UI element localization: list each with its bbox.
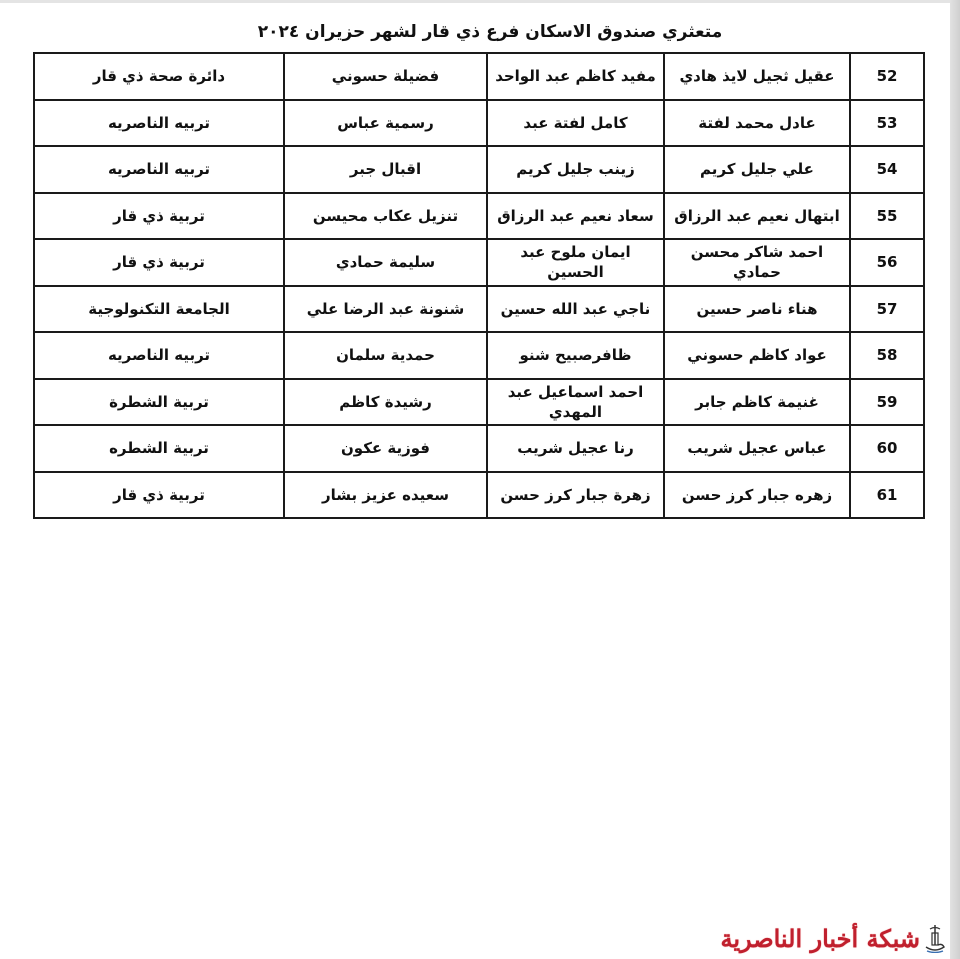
page-top-edge xyxy=(0,0,950,3)
table-row: 61زهره جبار كرز حسنزهرة جبار كرز حسنسعيد… xyxy=(34,472,924,519)
cell-borrower-name: غنيمة كاظم جابر xyxy=(664,379,850,426)
cell-department: تربية الشطره xyxy=(34,425,284,472)
cell-second-guarantor-name: سليمة حمادي xyxy=(284,239,487,286)
cell-number: 57 xyxy=(850,286,924,333)
page-right-edge xyxy=(950,0,960,959)
cell-department: تربيه الناصريه xyxy=(34,146,284,193)
cell-second-guarantor-name: فضيلة حسوني xyxy=(284,53,487,100)
cell-guarantor-name: ناجي عبد الله حسين xyxy=(487,286,664,333)
cell-borrower-name: هناء ناصر حسين xyxy=(664,286,850,333)
document-title: متعثري صندوق الاسكان فرع ذي قار لشهر حزي… xyxy=(0,22,960,42)
cell-second-guarantor-name: فوزية عكون xyxy=(284,425,487,472)
watermark-text: شبكة أخبار الناصرية xyxy=(720,924,920,953)
cell-guarantor-name: رنا عجيل شريب xyxy=(487,425,664,472)
table-row: 56احمد شاكر محسن حماديايمان ملوح عبد الح… xyxy=(34,239,924,286)
table-body: 52عقيل ثجيل لايذ هاديمفيد كاظم عبد الواح… xyxy=(34,53,924,518)
cell-second-guarantor-name: سعيده عزيز بشار xyxy=(284,472,487,519)
cell-department: الجامعة التكنولوجية xyxy=(34,286,284,333)
cell-guarantor-name: كامل لفتة عبد xyxy=(487,100,664,147)
cell-borrower-name: عواد كاظم حسوني xyxy=(664,332,850,379)
cell-number: 54 xyxy=(850,146,924,193)
cell-second-guarantor-name: حمدية سلمان xyxy=(284,332,487,379)
cell-guarantor-name: مفيد كاظم عبد الواحد xyxy=(487,53,664,100)
table-row: 53عادل محمد لفتةكامل لفتة عبدرسمية عباست… xyxy=(34,100,924,147)
cell-number: 56 xyxy=(850,239,924,286)
cell-department: تربيه الناصريه xyxy=(34,332,284,379)
cell-second-guarantor-name: رسمية عباس xyxy=(284,100,487,147)
cell-second-guarantor-name: اقبال جبر xyxy=(284,146,487,193)
table-row: 58عواد كاظم حسونيظافرصبيح شنوحمدية سلمان… xyxy=(34,332,924,379)
cell-department: تربية ذي قار xyxy=(34,193,284,240)
cell-borrower-name: زهره جبار كرز حسن xyxy=(664,472,850,519)
cell-guarantor-name: ايمان ملوح عبد الحسين xyxy=(487,239,664,286)
cell-number: 60 xyxy=(850,425,924,472)
table-row: 55ابتهال نعيم عبد الرزاقسعاد نعيم عبد ال… xyxy=(34,193,924,240)
cell-number: 59 xyxy=(850,379,924,426)
cell-borrower-name: عباس عجيل شريب xyxy=(664,425,850,472)
cell-number: 52 xyxy=(850,53,924,100)
cell-number: 58 xyxy=(850,332,924,379)
cell-guarantor-name: احمد اسماعيل عبد المهدي xyxy=(487,379,664,426)
cell-number: 61 xyxy=(850,472,924,519)
table-row: 60عباس عجيل شريبرنا عجيل شريبفوزية عكونت… xyxy=(34,425,924,472)
cell-department: تربية ذي قار xyxy=(34,472,284,519)
cell-department: تربية الشطرة xyxy=(34,379,284,426)
cell-number: 55 xyxy=(850,193,924,240)
cell-second-guarantor-name: شنونة عبد الرضا علي xyxy=(284,286,487,333)
cell-guarantor-name: زينب جليل كريم xyxy=(487,146,664,193)
table-row: 54علي جليل كريمزينب جليل كريماقبال جبرتر… xyxy=(34,146,924,193)
cell-borrower-name: احمد شاكر محسن حمادي xyxy=(664,239,850,286)
cell-guarantor-name: سعاد نعيم عبد الرزاق xyxy=(487,193,664,240)
table-row: 52عقيل ثجيل لايذ هاديمفيد كاظم عبد الواح… xyxy=(34,53,924,100)
cell-guarantor-name: ظافرصبيح شنو xyxy=(487,332,664,379)
table-row: 57هناء ناصر حسينناجي عبد الله حسينشنونة … xyxy=(34,286,924,333)
minaret-logo-icon xyxy=(924,923,946,953)
defaulters-table: 52عقيل ثجيل لايذ هاديمفيد كاظم عبد الواح… xyxy=(33,52,925,519)
cell-guarantor-name: زهرة جبار كرز حسن xyxy=(487,472,664,519)
cell-borrower-name: عقيل ثجيل لايذ هادي xyxy=(664,53,850,100)
cell-department: دائرة صحة ذي قار xyxy=(34,53,284,100)
table-row: 59غنيمة كاظم جابراحمد اسماعيل عبد المهدي… xyxy=(34,379,924,426)
cell-second-guarantor-name: رشيدة كاظم xyxy=(284,379,487,426)
cell-borrower-name: عادل محمد لفتة xyxy=(664,100,850,147)
cell-borrower-name: علي جليل كريم xyxy=(664,146,850,193)
cell-department: تربيه الناصريه xyxy=(34,100,284,147)
cell-borrower-name: ابتهال نعيم عبد الرزاق xyxy=(664,193,850,240)
cell-department: تربية ذي قار xyxy=(34,239,284,286)
cell-number: 53 xyxy=(850,100,924,147)
watermark: شبكة أخبار الناصرية xyxy=(720,923,946,953)
cell-second-guarantor-name: تنزيل عكاب محيسن xyxy=(284,193,487,240)
